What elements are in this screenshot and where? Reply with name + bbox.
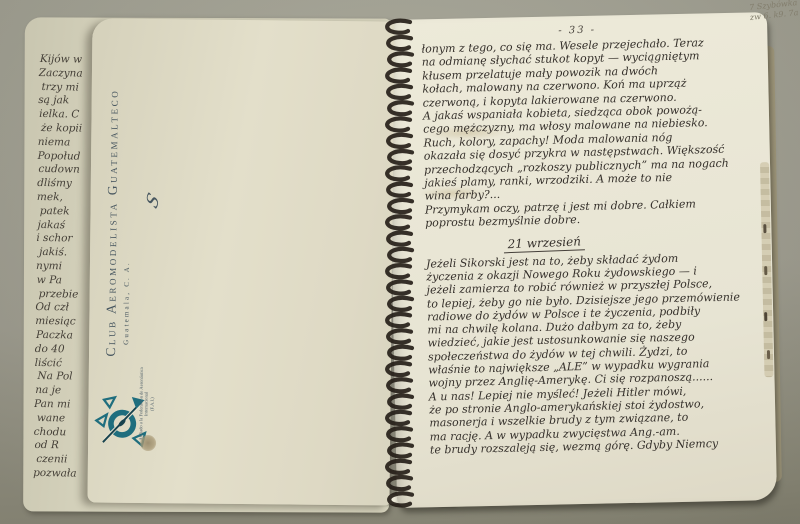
diary-photo: Kijów wZaczynatrzy misą jakielka. Cże ko… xyxy=(0,0,800,524)
letterhead-page: Club Aeromodelista Guatemalteco Guatemal… xyxy=(87,18,394,505)
letterhead-flourish: S xyxy=(143,190,164,213)
letterhead-club-name: Club Aeromodelista Guatemalteco xyxy=(103,57,122,357)
paper-stain xyxy=(140,435,156,451)
letterhead-location: Guatemala, C. A. xyxy=(122,57,133,345)
diary-page-33: - 33 - łonym z tego, co się ma. Wesele p… xyxy=(387,12,777,508)
spiral-binding xyxy=(374,8,424,522)
glue-specks xyxy=(763,224,766,233)
date-heading-row: 21 wrzesień xyxy=(503,227,771,253)
diary-paragraph-1: łonym z tego, co się ma. Wesele przejech… xyxy=(421,35,765,230)
date-heading: 21 wrzesień xyxy=(503,234,585,253)
letterhead-text-block: Club Aeromodelista Guatemalteco Guatemal… xyxy=(103,57,133,357)
diary-paragraph-2: Jeżeli Sikorski jest na to, żeby składać… xyxy=(426,250,770,457)
